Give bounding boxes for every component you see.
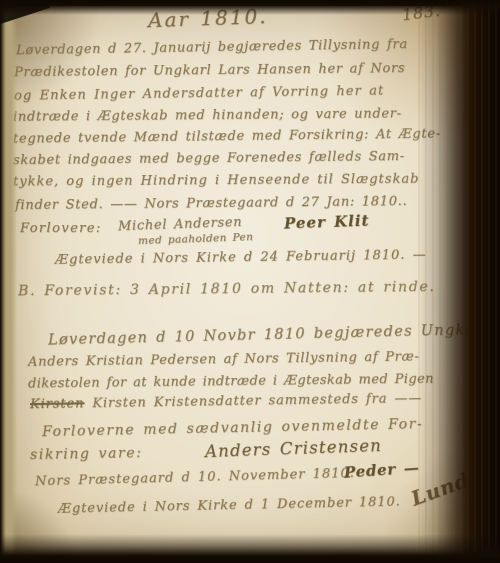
forlovere-label: Forlovere:: [20, 221, 102, 236]
struck-word: Kirsten: [30, 396, 85, 412]
entry2-line: sikring vare:: [30, 445, 143, 463]
book-edge-right: [418, 0, 500, 563]
manuscript-photo: Aar 1810. 183. Løverdagen d 27. Januarij…: [0, 0, 500, 563]
shadow-top: [0, 0, 500, 15]
shadow-bottom: [0, 534, 500, 563]
page-edge-left: [0, 0, 17, 563]
entry1-line: tykke, og ingen Hindring i Henseende til…: [13, 172, 420, 190]
witness-signature-peer: Peer Klit: [284, 212, 370, 233]
